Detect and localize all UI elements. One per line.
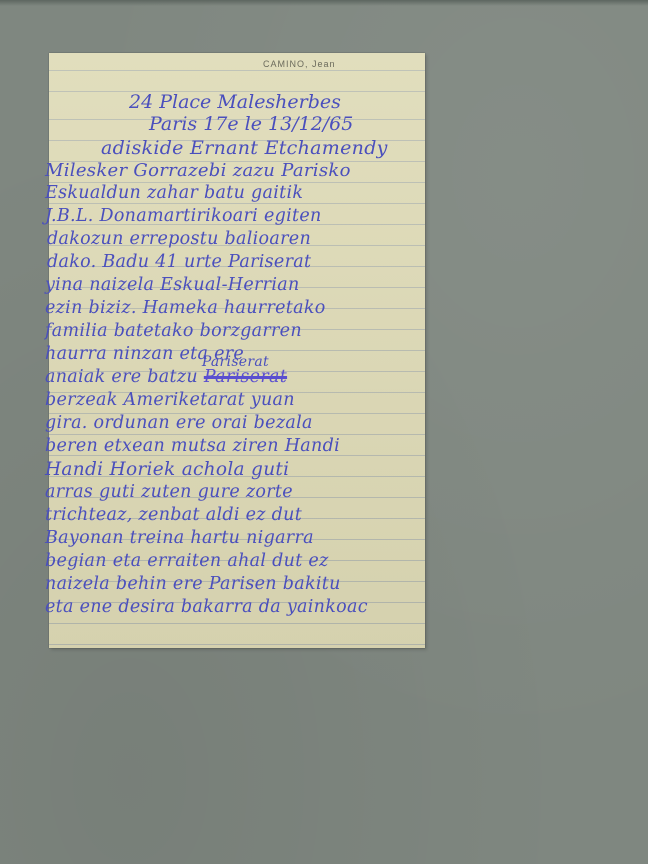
letter-line-2: Eskualdun zahar batu gaitik: [45, 183, 303, 203]
letter-line-7: ezin biziz. Hameka haurretako: [45, 298, 326, 318]
letter-line-14: Handi Horiek achola guti: [45, 459, 289, 480]
letter-line-20: eta ene desira bakarra da yainkoac: [45, 597, 368, 617]
letter-line-12: gira. ordunan ere orai bezala: [45, 413, 313, 433]
letter-line-8: familia batetako borzgarren: [45, 321, 302, 341]
greeting: adiskide Ernant Etchamendy: [101, 137, 388, 159]
letter-page: CAMINO, Jean 24 Place Malesherbes Paris …: [49, 53, 425, 648]
letter-line-5: dako. Badu 41 urte Pariserat: [47, 252, 311, 272]
struck-word: Pariserat: [204, 367, 287, 387]
archive-label: CAMINO, Jean: [263, 59, 336, 69]
address-line-2: Paris 17e le 13/12/65: [149, 113, 353, 135]
address-line-1: 24 Place Malesherbes: [129, 91, 341, 113]
letter-line-18: begian eta erraiten ahal dut ez: [45, 551, 329, 571]
letter-line-4: dakozun errepostu balioaren: [47, 229, 311, 249]
letter-line-3: J.B.L. Donamartirikoari egiten: [45, 206, 322, 226]
letter-line-10: anaiak ere batzu Pariserat Pariserat: [45, 367, 287, 387]
correction: Pariserat Pariserat: [204, 367, 287, 387]
letter-line-6: yina naizela Eskual-Herrian: [45, 275, 300, 295]
letter-line-10-text: anaiak ere batzu: [45, 367, 198, 387]
inserted-word: Pariserat: [202, 354, 269, 370]
letter-line-16: trichteaz, zenbat aldi ez dut: [45, 505, 302, 525]
letter-line-11: berzeak Ameriketarat yuan: [45, 390, 295, 410]
letter-line-1: Milesker Gorrazebi zazu Parisko: [45, 160, 351, 181]
scan-edge-shadow: [0, 0, 648, 6]
letter-line-19: naizela behin ere Parisen bakitu: [45, 574, 341, 594]
letter-line-13: beren etxean mutsa ziren Handi: [45, 436, 340, 456]
letter-line-15: arras guti zuten gure zorte: [45, 482, 293, 502]
letter-line-17: Bayonan treina hartu nigarra: [45, 528, 314, 548]
